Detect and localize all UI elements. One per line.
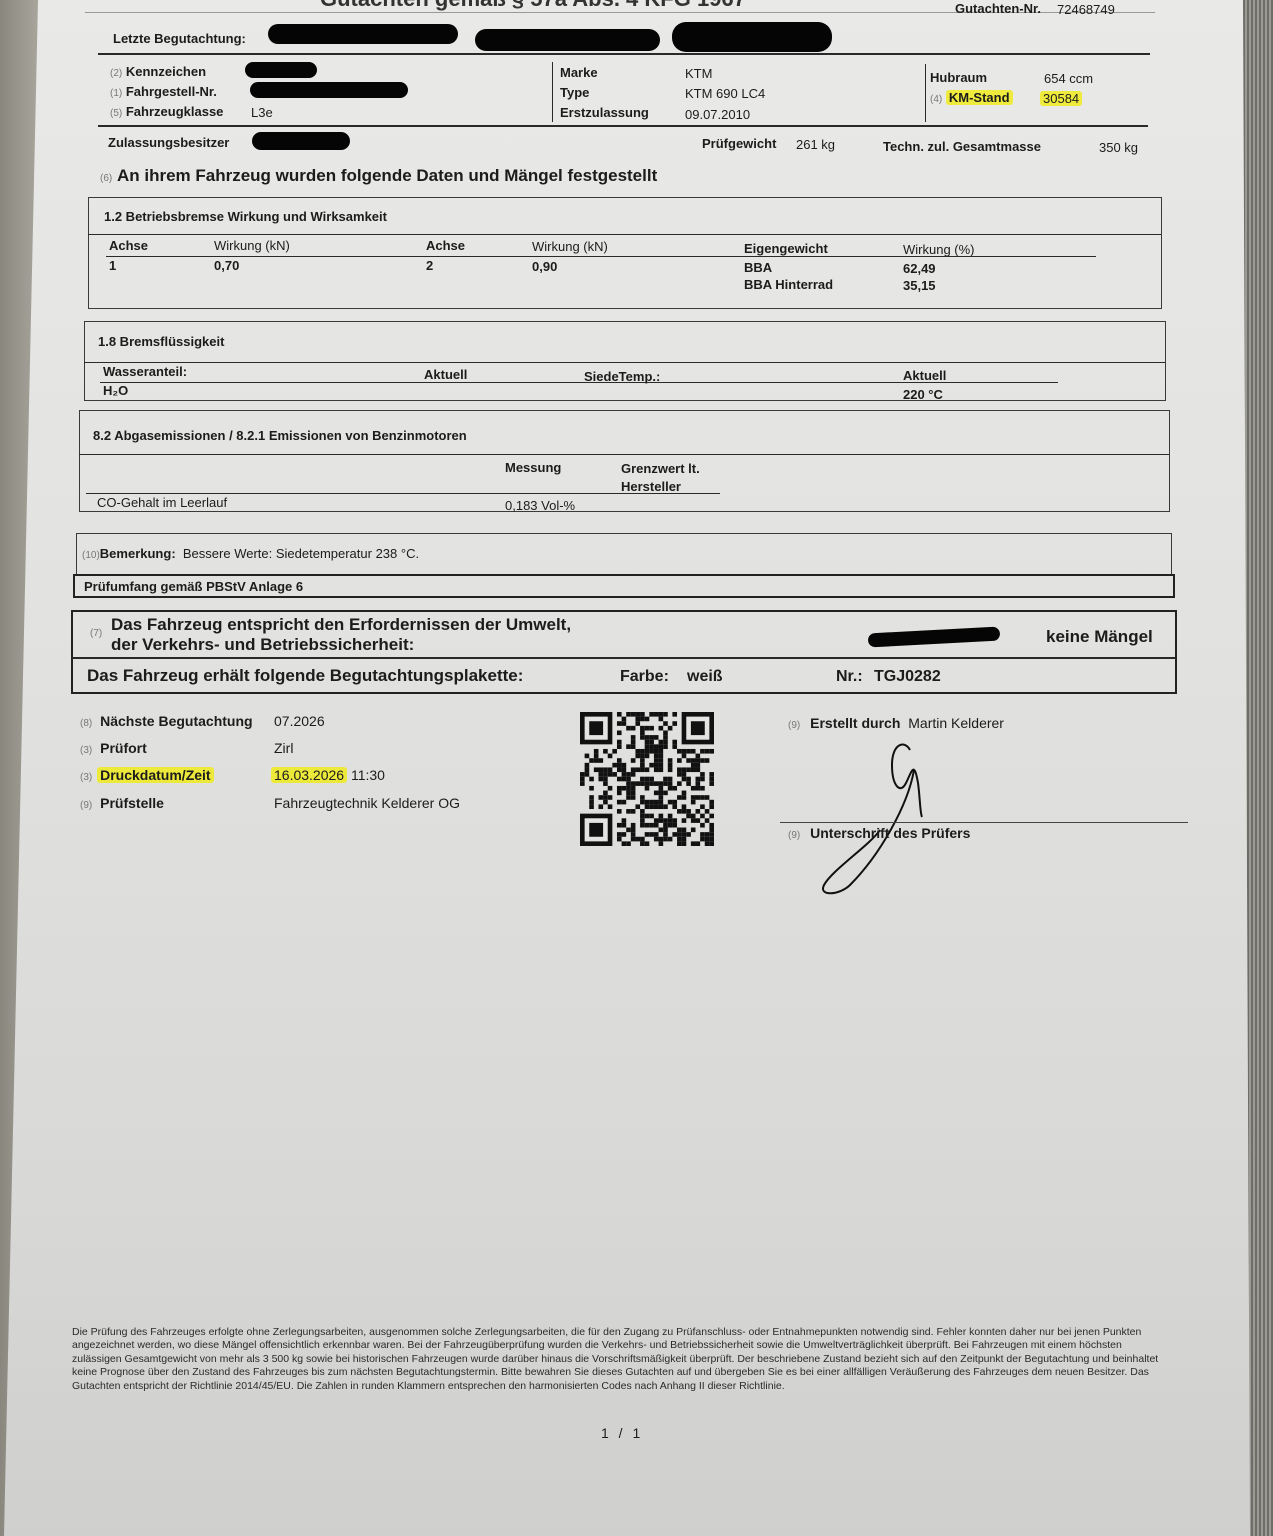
fahrzeugklasse-label: Fahrzeugklasse xyxy=(126,104,224,119)
code: (5) xyxy=(110,108,122,119)
divider xyxy=(71,657,1175,659)
code: (8) xyxy=(80,718,92,729)
result-line-2: der Verkehrs- und Betriebssicherheit: xyxy=(111,635,414,655)
brake-header-achse: Achse xyxy=(109,238,148,253)
code: (3) xyxy=(80,772,92,783)
letzte-begutachtung-label: Letzte Begutachtung: xyxy=(113,31,246,46)
zulassungsbesitzer-label: Zulassungsbesitzer xyxy=(108,135,229,150)
farbe-label: Farbe: xyxy=(620,668,669,686)
bba-label: BBA xyxy=(744,260,772,275)
divider xyxy=(106,256,1096,257)
fahrgestell-label: Fahrgestell-Nr. xyxy=(126,84,217,99)
erstellt-durch-value: Martin Kelderer xyxy=(908,715,1004,731)
fluid-title: 1.8 Bremsflüssigkeit xyxy=(98,334,224,349)
farbe-value: weiß xyxy=(687,668,723,686)
fluid-header-wasseranteil: Wasseranteil: xyxy=(103,364,187,379)
marke-label: Marke xyxy=(560,65,598,80)
divider xyxy=(100,382,1058,383)
divider xyxy=(98,125,1148,127)
code: (9) xyxy=(788,720,800,731)
brake-title: 1.2 Betriebsbremse Wirkung und Wirksamke… xyxy=(104,209,387,224)
gutachten-nr-label: Gutachten-Nr. xyxy=(955,1,1041,16)
druckdatum-value: 16.03.2026 xyxy=(271,767,347,783)
kennzeichen-label: Kennzeichen xyxy=(126,64,206,79)
document-title: Gutachten gemäß § 57a Abs. 4 KFG 1967 xyxy=(320,0,746,12)
findings-heading: An ihrem Fahrzeug wurden folgende Daten … xyxy=(117,166,657,185)
legal-footer-text: Die Prüfung des Fahrzeuges erfolgte ohne… xyxy=(72,1326,1162,1393)
emissions-header-grenzwert: Grenzwert lt. xyxy=(621,461,700,476)
emissions-header-hersteller: Hersteller xyxy=(621,479,681,494)
remark-text: Bessere Werte: Siedetemperatur 238 °C. xyxy=(183,546,419,561)
brake-header-wirkung: Wirkung (kN) xyxy=(214,238,290,253)
redaction xyxy=(245,62,317,78)
brake-header-achse-2: Achse xyxy=(426,238,465,253)
page-number: 1 / 1 xyxy=(601,1425,643,1441)
brake-header-wirkung-2: Wirkung (kN) xyxy=(532,239,608,254)
redaction xyxy=(252,132,350,150)
fluid-section xyxy=(84,321,1166,401)
pruefstelle-value: Fahrzeugtechnik Kelderer OG xyxy=(274,795,460,811)
co-label: CO-Gehalt im Leerlauf xyxy=(97,495,227,510)
plakette-label: Das Fahrzeug erhält folgende Begutachtun… xyxy=(87,666,523,686)
code: (3) xyxy=(80,745,92,756)
siedetemp-value: 220 °C xyxy=(903,387,943,402)
divider xyxy=(88,234,1161,235)
emissions-header-messung: Messung xyxy=(505,460,561,475)
code: (10) xyxy=(82,550,100,561)
divider xyxy=(86,493,720,494)
code: (6) xyxy=(100,173,112,184)
redaction xyxy=(268,24,458,44)
result-line-1: Das Fahrzeug entspricht den Erforderniss… xyxy=(111,615,571,635)
pruefort-value: Zirl xyxy=(274,740,293,756)
km-stand-value: 30584 xyxy=(1040,91,1082,106)
hubraum-label: Hubraum xyxy=(930,70,987,85)
naechste-begutachtung-value: 07.2026 xyxy=(274,713,325,729)
plakette-nr-value: TGJ0282 xyxy=(874,668,941,686)
qr-code xyxy=(580,712,714,846)
redaction xyxy=(250,82,408,98)
divider xyxy=(98,53,1150,55)
code: (2) xyxy=(110,68,122,79)
divider xyxy=(925,64,926,122)
plakette-nr-label: Nr.: xyxy=(836,668,863,686)
code: (9) xyxy=(80,800,92,811)
code: (7) xyxy=(90,628,102,639)
pruefstelle-label: Prüfstelle xyxy=(100,795,164,811)
naechste-begutachtung-label: Nächste Begutachtung xyxy=(100,713,252,729)
druckdatum-time: 11:30 xyxy=(351,767,385,783)
emissions-title: 8.2 Abgasemissionen / 8.2.1 Emissionen v… xyxy=(93,428,467,443)
km-stand-label: KM-Stand xyxy=(946,90,1013,105)
remark-label: Bemerkung: xyxy=(100,546,176,561)
code: (4) xyxy=(930,94,942,105)
result-verdict: keine Mängel xyxy=(1046,627,1153,647)
brake-header-eigengewicht: Eigengewicht xyxy=(744,241,828,256)
bba-value: 62,49 xyxy=(903,261,936,276)
unterschrift-label: Unterschrift des Prüfers xyxy=(810,825,970,841)
brake-header-wirkung-pct: Wirkung (%) xyxy=(903,242,975,257)
fahrzeugklasse-value: L3e xyxy=(251,105,273,120)
fluid-header-aktuell: Aktuell xyxy=(424,367,467,382)
type-value: KTM 690 LC4 xyxy=(685,86,765,101)
fluid-header-aktuell-2: Aktuell xyxy=(903,368,946,383)
erstzulassung-label: Erstzulassung xyxy=(560,105,649,120)
pruefgewicht-value: 261 kg xyxy=(796,137,835,152)
code: (9) xyxy=(788,830,800,841)
erstzulassung-value: 09.07.2010 xyxy=(685,107,750,122)
gesamtmasse-label: Techn. zul. Gesamtmasse xyxy=(883,139,1041,154)
signature-icon xyxy=(810,735,930,900)
type-label: Type xyxy=(560,85,589,100)
redaction xyxy=(672,22,832,52)
redaction xyxy=(475,29,660,51)
axle-2-value: 0,90 xyxy=(532,259,557,274)
axle-2: 2 xyxy=(426,258,433,273)
pruefgewicht-label: Prüfgewicht xyxy=(702,136,776,151)
scope-text: Prüfumfang gemäß PBStV Anlage 6 xyxy=(84,579,303,594)
gesamtmasse-value: 350 kg xyxy=(1099,140,1138,155)
divider xyxy=(552,62,553,122)
axle-1-value: 0,70 xyxy=(214,258,239,273)
bba-hinterrad-label: BBA Hinterrad xyxy=(744,277,833,292)
axle-1: 1 xyxy=(109,258,116,273)
bba-hinterrad-value: 35,15 xyxy=(903,278,936,293)
erstellt-durch-label: Erstellt durch xyxy=(810,715,900,731)
co-value: 0,183 Vol-% xyxy=(505,498,575,513)
divider xyxy=(79,454,1169,455)
h2o-label: H₂O xyxy=(103,383,128,398)
pruefort-label: Prüfort xyxy=(100,740,147,756)
druckdatum-label: Druckdatum/Zeit xyxy=(97,767,213,783)
code: (1) xyxy=(110,88,122,99)
marke-value: KTM xyxy=(685,66,712,81)
divider xyxy=(84,362,1165,363)
document-page: Gutachten gemäß § 57a Abs. 4 KFG 1967 Gu… xyxy=(0,0,1273,1536)
signature-line xyxy=(780,822,1188,823)
gutachten-nr-value: 72468749 xyxy=(1057,2,1115,17)
hubraum-value: 654 ccm xyxy=(1044,71,1093,86)
